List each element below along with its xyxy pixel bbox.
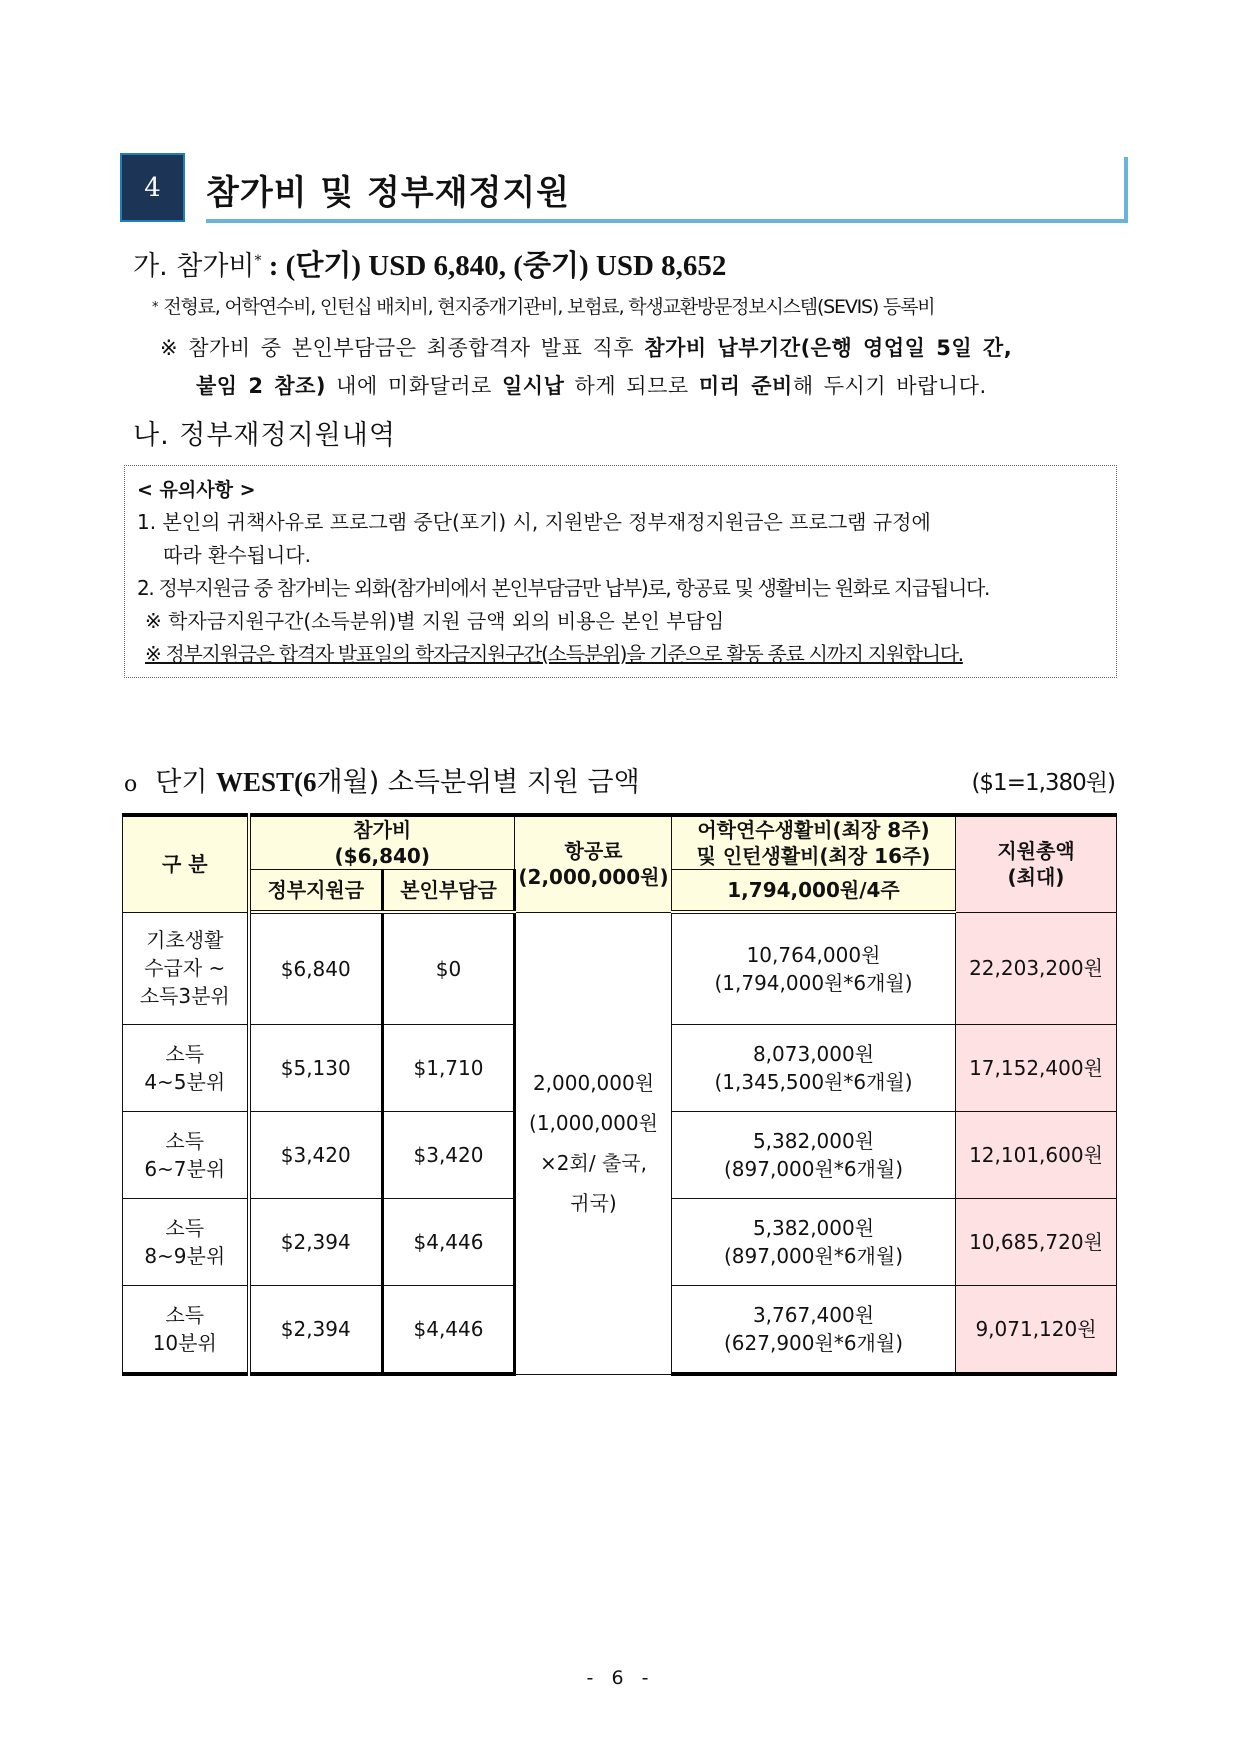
income-group: 소득 6~7분위 xyxy=(123,1112,249,1199)
living-cost-value: 8,073,000원 (1,345,500원*6개월) xyxy=(672,1025,956,1112)
header-total: 지원총액 (최대) xyxy=(956,815,1117,912)
short-term-label: (단기) xyxy=(286,250,369,282)
self-pay-value: $0 xyxy=(383,912,515,1025)
living-cost-value: 5,382,000원 (897,000원*6개월) xyxy=(672,1112,956,1199)
total-value: 12,101,600원 xyxy=(956,1112,1117,1199)
support-amount-table: 구 분 참가비 ($6,840) 항공료 (2,000,000원) 어학연수생활… xyxy=(122,813,1117,1376)
fee-heading: 가. 참가비* : (단기) USD 6,840, (중기) USD 8,652 xyxy=(133,243,726,284)
payment-note-line-1: ※ 참가비 중 본인부담금은 최종합격자 발표 직후 참가비 납부기간(은행 영… xyxy=(160,332,1012,362)
self-pay-value: $4,446 xyxy=(383,1199,515,1286)
gov-support-value: $5,130 xyxy=(249,1025,383,1112)
notice-box: < 유의사항 > 1. 본인의 귀책사유로 프로그램 중단(포기) 시, 지원받… xyxy=(124,465,1117,678)
gov-support-value: $2,394 xyxy=(249,1286,383,1375)
page-number: - 6 - xyxy=(0,1667,1241,1689)
section-number-badge: 4 xyxy=(120,153,185,222)
header-self-pay: 본인부담금 xyxy=(383,870,515,913)
total-value: 17,152,400원 xyxy=(956,1025,1117,1112)
notice-item: 2. 정부지원금 중 참가비는 외화(참가비에서 본인부담금만 납부)로, 항공… xyxy=(137,572,1104,605)
gov-support-value: $3,420 xyxy=(249,1112,383,1199)
notice-item: 따라 환수됩니다. xyxy=(137,539,1104,572)
table-row: 기초생활 수급자 ~ 소득3분위 $6,840 $0 2,000,000원 (1… xyxy=(123,912,1117,1025)
mid-term-amount: USD 8,652 xyxy=(596,250,727,282)
section-header: 4 참가비 및 정부재정지원 xyxy=(120,153,1128,225)
header-fee: 참가비 ($6,840) xyxy=(249,815,515,870)
header-gubun: 구 분 xyxy=(123,815,249,912)
short-term-amount: USD 6,840, xyxy=(368,250,506,282)
exchange-rate: ($1=1,380원) xyxy=(971,764,1115,797)
notice-item-underlined: ※ 정부지원금은 합격자 발표일의 학자금지원구간(소득분위)을 기준으로 활동… xyxy=(137,638,1104,671)
table-title: o단기 WEST(6개월) 소득분위별 지원 금액 xyxy=(124,760,640,799)
payment-note-line-2: 붙임 2 참조) 내에 미화달러로 일시납 하게 되므로 미리 준비해 두시기 … xyxy=(196,370,987,400)
income-group: 소득 4~5분위 xyxy=(123,1025,249,1112)
living-cost-value: 3,767,400원 (627,900원*6개월) xyxy=(672,1286,956,1375)
gov-support-value: $2,394 xyxy=(249,1199,383,1286)
income-group: 소득 10분위 xyxy=(123,1286,249,1375)
header-living-rate: 1,794,000원/4주 xyxy=(672,870,956,913)
self-pay-value: $3,420 xyxy=(383,1112,515,1199)
income-group: 기초생활 수급자 ~ 소득3분위 xyxy=(123,912,249,1025)
support-heading: 나. 정부재정지원내역 xyxy=(133,413,396,452)
section-right-border xyxy=(1124,157,1128,223)
notice-item: ※ 학자금지원구간(소득분위)별 지원 금액 외의 비용은 본인 부담임 xyxy=(137,605,1104,638)
living-cost-value: 10,764,000원 (1,794,000원*6개월) xyxy=(672,912,956,1025)
notice-title: < 유의사항 > xyxy=(137,475,1104,502)
header-gov-support: 정부지원금 xyxy=(249,870,383,913)
self-pay-value: $1,710 xyxy=(383,1025,515,1112)
header-airfare: 항공료 (2,000,000원) xyxy=(515,815,672,912)
airfare-merged-cell: 2,000,000원 (1,000,000원 ×2회/ 출국, 귀국) xyxy=(515,912,672,1374)
living-cost-value: 5,382,000원 (897,000원*6개월) xyxy=(672,1199,956,1286)
total-value: 9,071,120원 xyxy=(956,1286,1117,1375)
total-value: 22,203,200원 xyxy=(956,912,1117,1025)
total-value: 10,685,720원 xyxy=(956,1199,1117,1286)
mid-term-label: (중기) xyxy=(506,250,596,282)
section-title: 참가비 및 정부재정지원 xyxy=(206,165,570,214)
header-living-cost: 어학연수생활비(최장 8주) 및 인턴생활비(최장 16주) xyxy=(672,815,956,870)
self-pay-value: $4,446 xyxy=(383,1286,515,1375)
fee-footnote: *전형료, 어학연수비, 인턴십 배치비, 현지중개기관비, 보험료, 학생교환… xyxy=(152,292,934,319)
gov-support-value: $6,840 xyxy=(249,912,383,1025)
income-group: 소득 8~9분위 xyxy=(123,1199,249,1286)
notice-item: 1. 본인의 귀책사유로 프로그램 중단(포기) 시, 지원받은 정부재정지원금… xyxy=(137,506,1104,539)
section-underline xyxy=(206,219,1128,223)
